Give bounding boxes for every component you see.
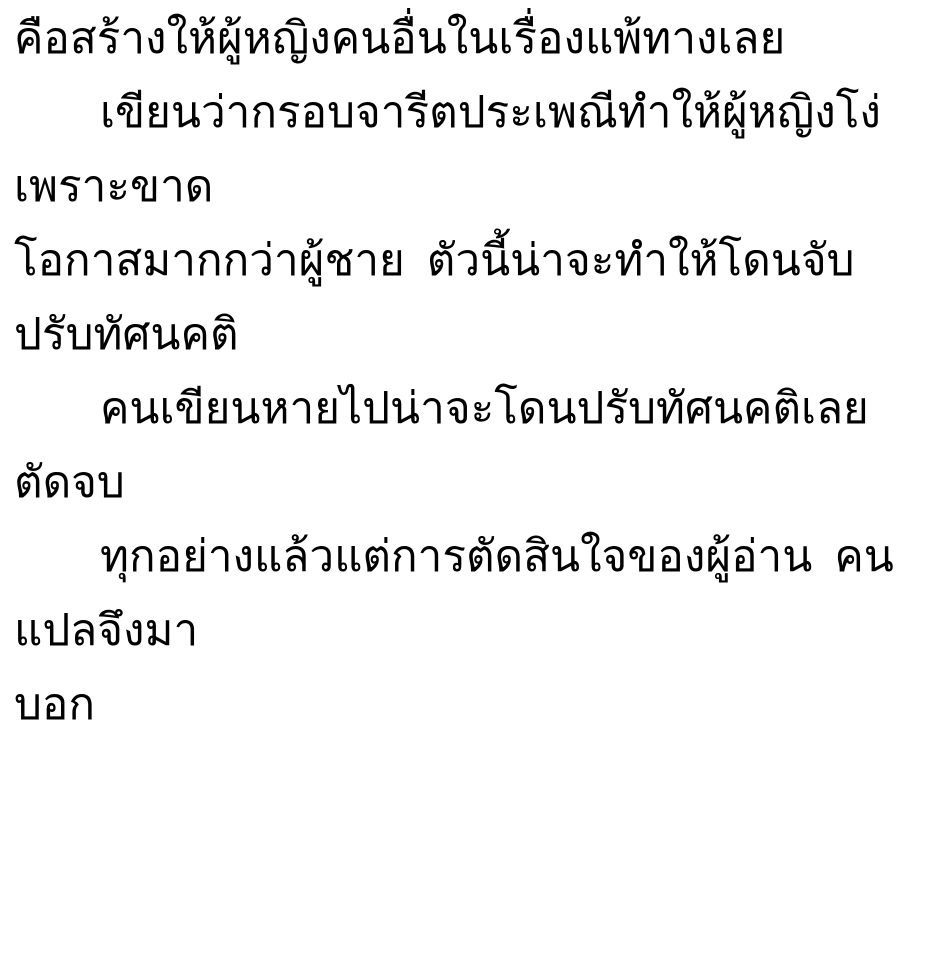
text-line: คือสร้างให้ผู้หญิงคนอื่นในเรื่องแพ้ทางเล… <box>14 2 909 76</box>
text-line: คนเขียนหายไปน่าจะโดนปรับทัศนคติเลยตัดจบ <box>14 372 909 520</box>
text-line: บอก <box>14 668 909 742</box>
text-line: เขียนว่ากรอบจารีตประเพณีทำให้ผู้หญิงโง่เ… <box>14 76 909 224</box>
document-page: คือสร้างให้ผู้หญิงคนอื่นในเรื่องแพ้ทางเล… <box>0 0 951 966</box>
text-line: ทุกอย่างแล้วแต่การตัดสินใจของผู้อ่าน คนแ… <box>14 520 909 668</box>
text-line: โอกาสมากกว่าผู้ชาย ตัวนี้น่าจะทำให้โดนจั… <box>14 224 909 372</box>
